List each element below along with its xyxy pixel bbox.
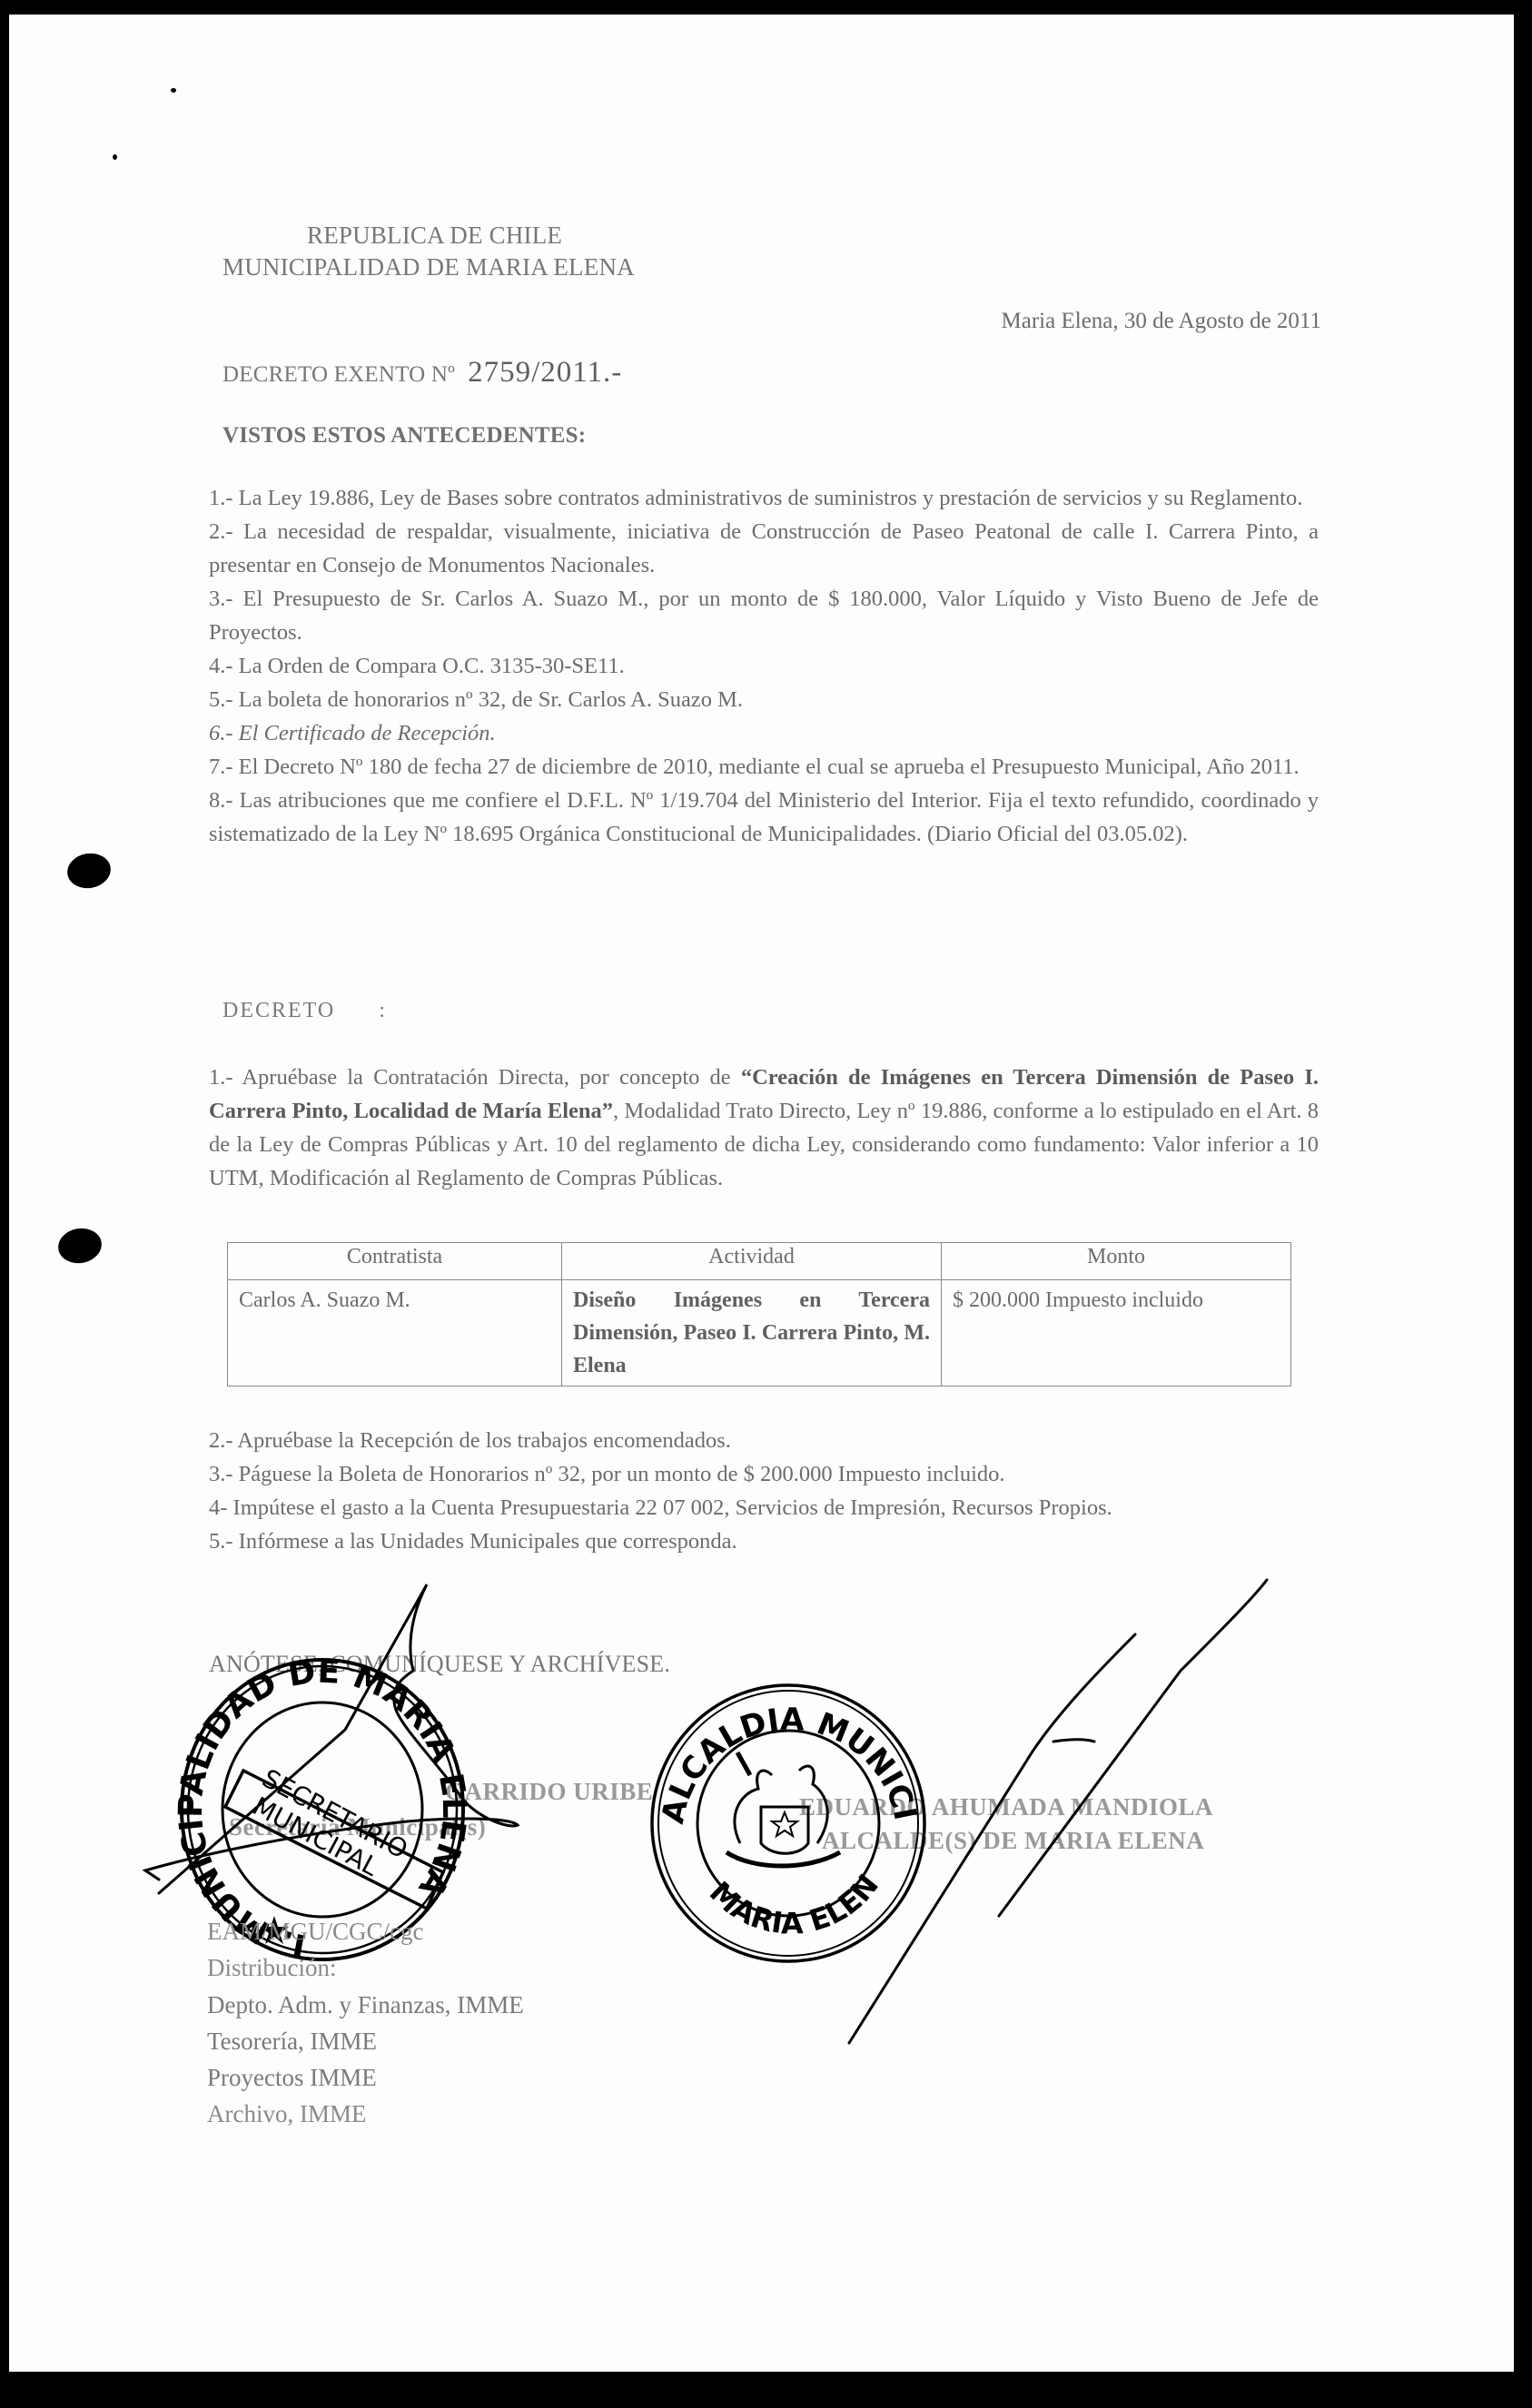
- document-initials: EAM/MGU/CGC/cgc: [207, 1918, 424, 1946]
- distribution-item: Depto. Adm. y Finanzas, IMME: [207, 1991, 524, 2019]
- coat-of-arms-icon: [726, 1752, 840, 1866]
- distribution-item: Proyectos IMME: [207, 2064, 377, 2092]
- svg-text:MARIA ELENA: MARIA ELENA: [0, 0, 885, 1940]
- svg-text:ALCALDIA MUNICIPAL: ALCALDIA MUNICIPAL: [0, 0, 924, 1827]
- distribution-item: Archivo, IMME: [207, 2100, 366, 2128]
- distribution-heading: Distribución:: [207, 1954, 337, 1982]
- distribution-item: Tesorería, IMME: [207, 2028, 377, 2056]
